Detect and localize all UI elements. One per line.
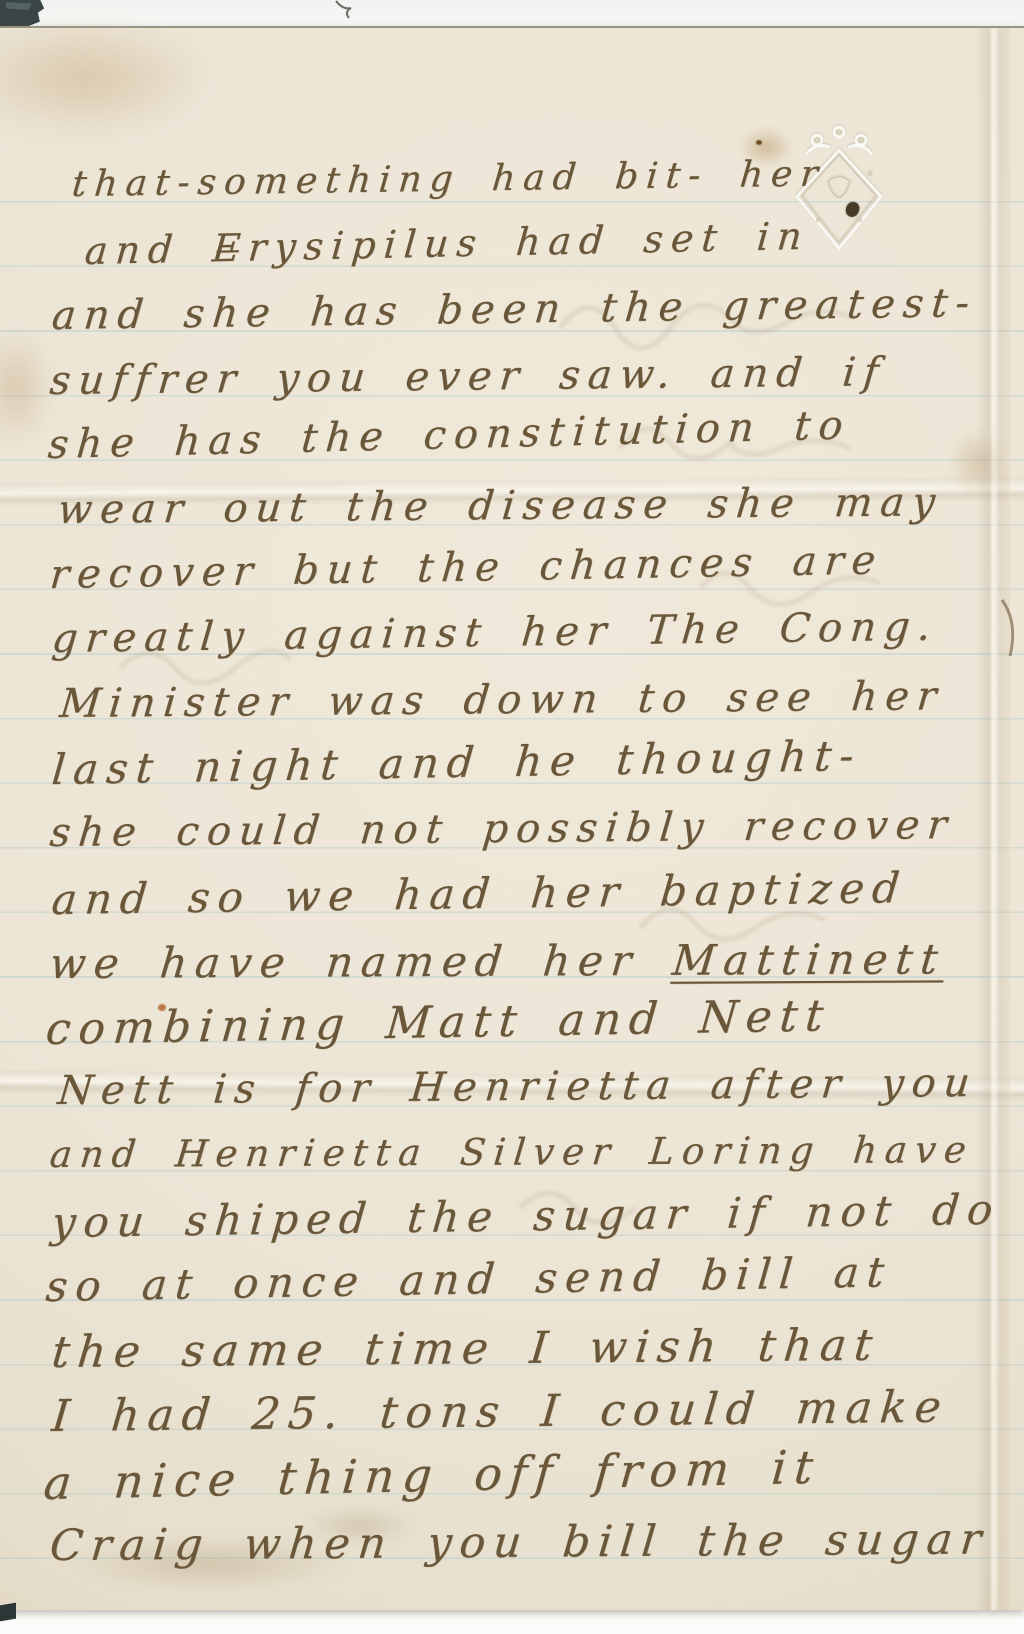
stain-top-left <box>0 18 210 138</box>
fold-crease-vertical <box>976 28 1010 1610</box>
letter-line: the same time I wish that <box>50 1320 883 1378</box>
letter-line: Craig when you bill the sugar <box>48 1514 992 1571</box>
letter-line: we have named her Mattinett <box>48 934 948 988</box>
letter-line: wear out the disease she may <box>56 479 945 533</box>
letter-line: suffrer you ever saw. and if <box>48 349 889 404</box>
letter-line: she could not possibly recover <box>48 802 957 856</box>
letter-line: and Henrietta Silver Loring have <box>48 1128 976 1176</box>
clip-corner-bottom-left <box>0 1603 16 1622</box>
speck-dark <box>756 140 762 145</box>
letter-line: I had 25. tons I could make <box>50 1382 952 1442</box>
stray-pen-mark <box>0 0 1024 26</box>
letter-line: that-something had bit- her <box>70 153 827 205</box>
letter-page: that-something had bit- herand E̶rysipil… <box>0 26 1024 1610</box>
letter-line: Nett is for Henrietta after you <box>56 1060 980 1114</box>
scanned-letter: that-something had bit- herand E̶rysipil… <box>0 0 1024 1634</box>
letter-line: Minister was down to see her <box>58 673 947 727</box>
